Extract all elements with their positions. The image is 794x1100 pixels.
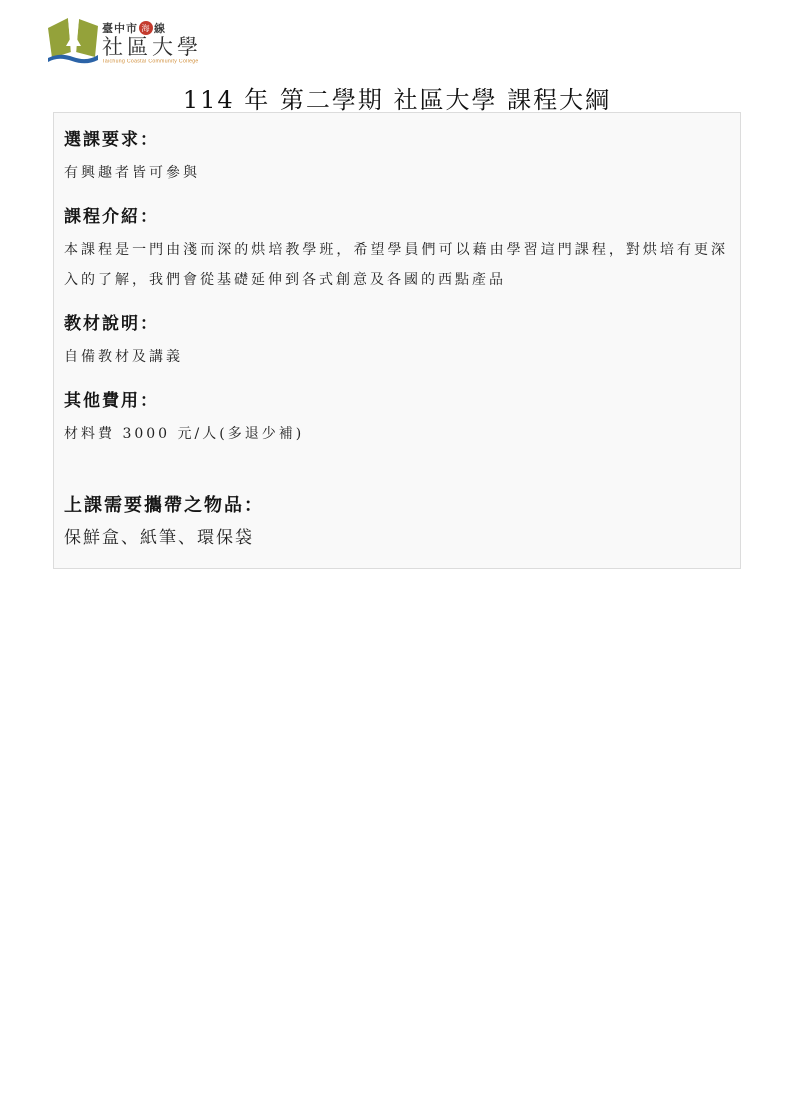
logo-region-line: 臺中市 海 線 <box>102 20 216 36</box>
logo-text: 臺中市 海 線 社區大學 Taichung Coastal Community … <box>102 20 216 65</box>
logo-name: 社區大學 <box>102 36 216 59</box>
section-body-enrollment-requirements: 有興趣者皆可參與 <box>64 158 728 188</box>
section-body-materials: 自備教材及講義 <box>64 342 728 372</box>
section-heading-enrollment-requirements: 選課要求： <box>64 125 728 150</box>
section-gap <box>64 449 728 491</box>
logo-seal-icon: 海 <box>139 21 153 35</box>
logo-seal-char: 海 <box>142 23 151 34</box>
logo-region-text: 臺中市 <box>102 20 138 36</box>
logo-english-name: Taichung Coastal Community College <box>102 59 199 64</box>
course-outline-box: 選課要求： 有興趣者皆可參與 課程介紹： 本課程是一門由淺而深的烘培教學班，希望… <box>53 112 741 569</box>
logo-region-suffix: 線 <box>154 20 166 36</box>
section-body-other-fees: 材料費 3000 元/人(多退少補) <box>64 419 728 449</box>
logo: 臺中市 海 線 社區大學 Taichung Coastal Community … <box>46 16 216 66</box>
section-heading-course-introduction: 課程介紹： <box>64 202 728 227</box>
section-body-course-introduction: 本課程是一門由淺而深的烘培教學班，希望學員們可以藉由學習這門課程，對烘培有更深入… <box>64 235 728 295</box>
logo-book-icon <box>46 16 100 66</box>
section-heading-other-fees: 其他費用： <box>64 386 728 411</box>
section-heading-items-to-bring: 上課需要攜帶之物品： <box>64 491 728 517</box>
page-title: 114 年 第二學期 社區大學 課程大綱 <box>0 80 794 115</box>
section-body-items-to-bring: 保鮮盒、紙筆、環保袋 <box>64 523 728 548</box>
section-heading-materials: 教材說明： <box>64 309 728 334</box>
